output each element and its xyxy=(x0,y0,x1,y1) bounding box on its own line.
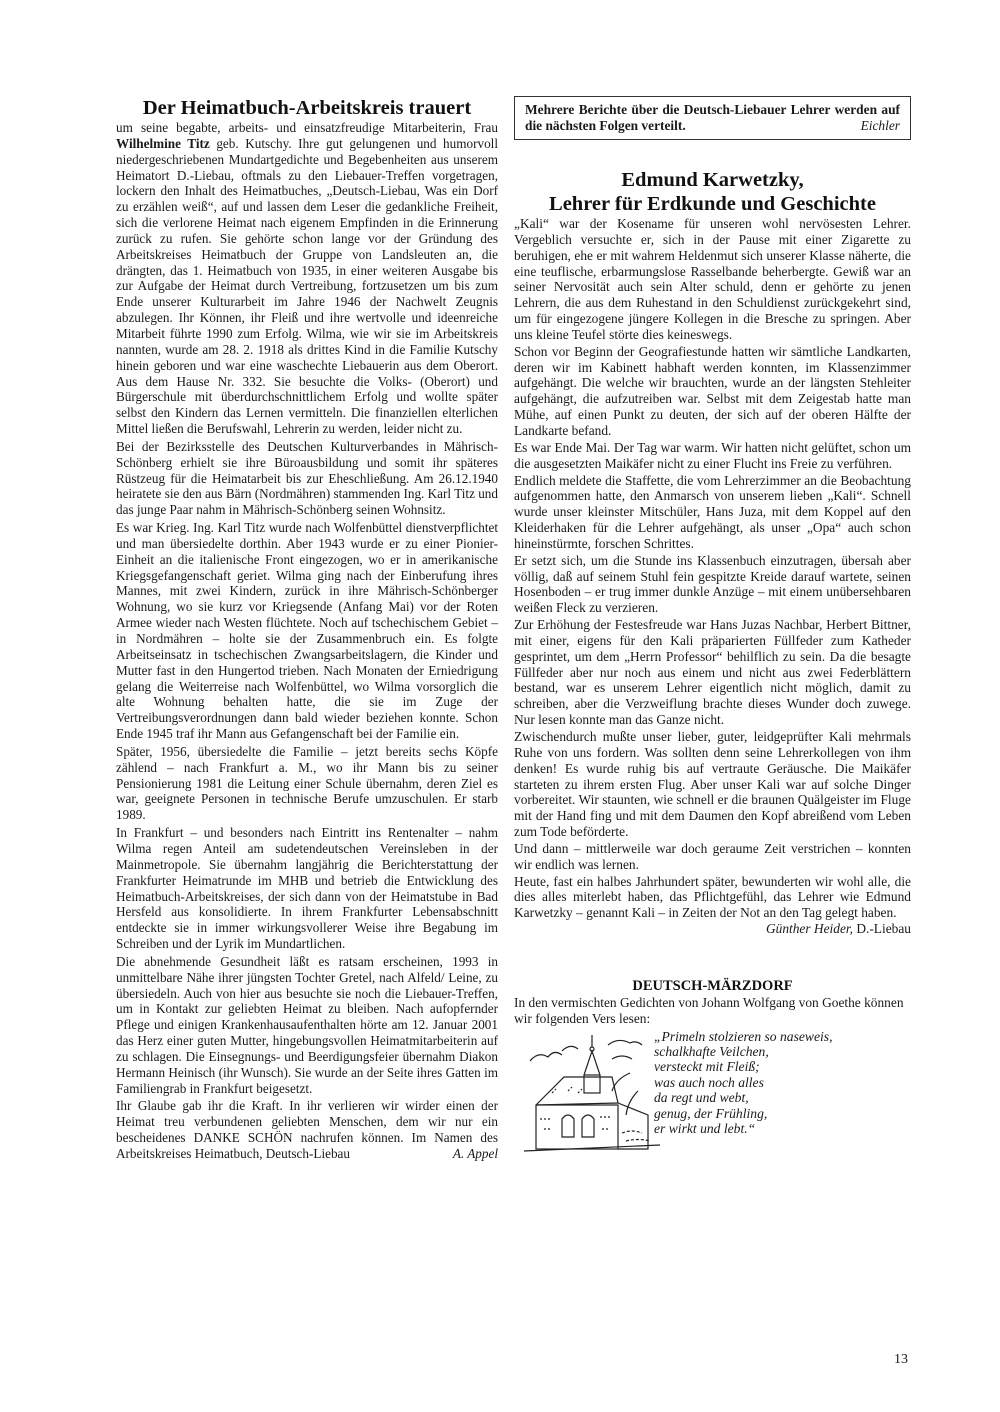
obituary-closing-paragraph: Ihr Glaube gab ihr die Kraft. In ihr ver… xyxy=(116,1098,498,1161)
marzdorf-intro: In den vermischten Gedichten von Johann … xyxy=(514,995,911,1027)
article-paragraph: „Kali“ war der Kosename für unseren wohl… xyxy=(514,216,911,343)
article-title: Edmund Karwetzky, Lehrer für Erdkunde un… xyxy=(514,168,911,216)
section-title-marzdorf: DEUTSCH-MÄRZDORF xyxy=(514,977,911,995)
right-column: Mehrere Berichte über die Deutsch-Liebau… xyxy=(514,96,911,1169)
left-column: Der Heimatbuch-Arbeitskreis trauert um s… xyxy=(116,96,498,1162)
obituary-paragraph: Später, 1956, übersiedelte die Familie –… xyxy=(116,744,498,823)
obituary-paragraph: In Frankfurt – und besonders nach Eintri… xyxy=(116,825,498,952)
obituary-paragraph: um seine begabte, arbeits- und einsatzfr… xyxy=(116,120,498,437)
article-paragraph: Zwischendurch mußte unser lieber, guter,… xyxy=(514,729,911,840)
obituary-paragraph: Die abnehmende Gesundheit läßt es ratsam… xyxy=(116,954,498,1097)
notice-signature: Eichler xyxy=(861,118,900,134)
obituary-title: Der Heimatbuch-Arbeitskreis trauert xyxy=(116,96,498,120)
page-number: 13 xyxy=(894,1352,908,1368)
notice-text: Mehrere Berichte über die Deutsch-Liebau… xyxy=(525,102,900,133)
article-paragraph: Schon vor Beginn der Geografiestunde hat… xyxy=(514,344,911,439)
goethe-poem: „Primeln stolzieren so naseweis, schalkh… xyxy=(654,1029,832,1137)
notice-box: Mehrere Berichte über die Deutsch-Liebau… xyxy=(514,96,911,140)
poem-block: „Primeln stolzieren so naseweis, schalkh… xyxy=(514,1029,911,1169)
obituary-paragraph: Bei der Bezirksstelle des Deutschen Kult… xyxy=(116,439,498,518)
article-paragraph: Zur Erhöhung der Festesfreude war Hans J… xyxy=(514,617,911,728)
article-signature: Günther Heider, D.-Liebau xyxy=(766,921,911,937)
obituary-signature: A. Appel xyxy=(453,1146,498,1162)
article-paragraph: Es war Ende Mai. Der Tag war warm. Wir h… xyxy=(514,440,911,472)
article-paragraph: Er setzt sich, um die Stunde ins Klassen… xyxy=(514,553,911,616)
article-paragraph: Und dann – mittlerweile war doch geraume… xyxy=(514,841,911,873)
article-paragraph: Endlich meldete die Staffette, die vom L… xyxy=(514,473,911,552)
obituary-paragraph: Es war Krieg. Ing. Karl Titz wurde nach … xyxy=(116,520,498,742)
church-sketch-image xyxy=(522,1033,662,1153)
article-closing-paragraph: Heute, fast ein halbes Jahrhundert späte… xyxy=(514,874,911,937)
deceased-name: Wilhelmine Titz xyxy=(116,136,210,151)
